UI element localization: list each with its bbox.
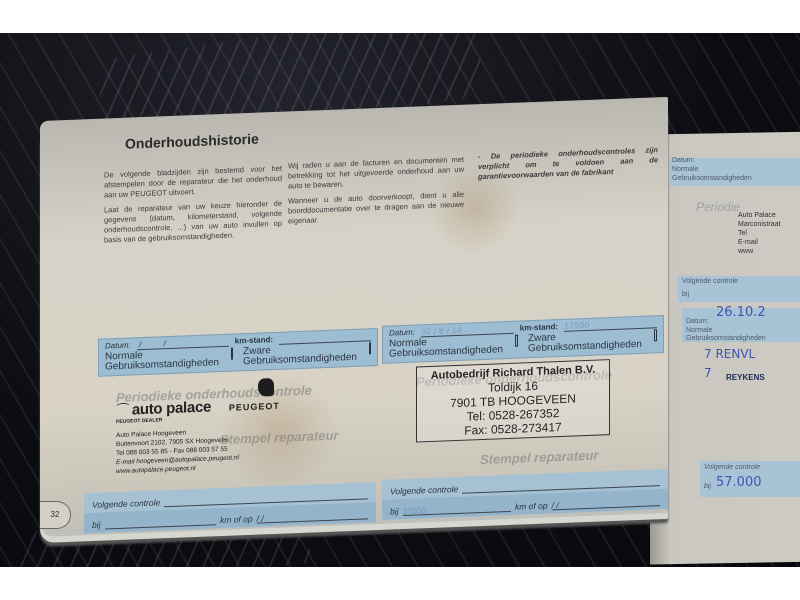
right-normal-label-2: Gebruiksomstandigheden — [686, 335, 766, 342]
heavy-use-checkbox[interactable] — [654, 329, 657, 341]
paragraph: Wanneer u de auto doorverkoopt, dient u … — [288, 190, 464, 227]
km-of-op-label: km of op — [515, 501, 548, 512]
right-bij-value: 57.000 — [716, 475, 762, 490]
next-check-2: Volgende controle bij 37500 km of op / / — [382, 469, 668, 516]
normal-use-label: Normale Gebruiksomstandigheden — [389, 335, 503, 359]
heavy-use-checkbox[interactable] — [369, 342, 371, 354]
right-normal-label-2: Gebruiksomstandigheden — [672, 175, 752, 182]
normal-use-label: Normale Gebruiksomstandigheden — [105, 348, 219, 372]
dealer-stamp-auto-palace: ⌒ auto palace PEUGEOT PEUGEOT DEALER Aut… — [116, 396, 376, 476]
dealer-stamp-thalen: Autobedrijf Richard Thalen B.V. Toldijk … — [416, 359, 610, 442]
right-next-check-label: Volgende controle — [704, 464, 760, 471]
stamp-label: Stempel reparateur — [480, 448, 599, 468]
bij-label: bij — [92, 520, 101, 530]
handwriting: 7 — [704, 366, 712, 380]
right-datum-label: Datum: — [672, 157, 695, 164]
dealer-line: Auto Palace — [738, 211, 780, 220]
paragraph: De volgende bladzijden zijn bestemd voor… — [104, 164, 282, 201]
right-normal-label: Normale — [686, 327, 712, 334]
right-next-check-label: Volgende controle — [682, 278, 738, 285]
page-number: 32 — [40, 501, 71, 529]
dealer-line: E-mail — [738, 238, 780, 247]
service-form-1: Datum: / / km-stand: Normale Gebruiksoms… — [98, 328, 378, 377]
handwriting: 7 RENVL — [704, 347, 755, 361]
right-overlay: Periodie — [696, 200, 740, 214]
right-bij-label: bij — [682, 291, 689, 298]
bij-label: bij — [390, 506, 399, 516]
intro-column-3: - De periodieke onderhoudscontroles zijn… — [478, 145, 658, 182]
paragraph: Laat de reparateur van uw keuze hieronde… — [104, 199, 282, 246]
right-normal-label: Normale — [672, 166, 698, 173]
service-form-2: Datum: 30 / 8 / 14 km-stand: 17500 Norma… — [382, 315, 664, 364]
heavy-use-label: Zware Gebruiksomstandigheden — [528, 330, 642, 354]
peugeot-lion-icon — [258, 378, 274, 397]
intro-column-2: Wij raden u aan de facturen en documente… — [288, 155, 464, 232]
left-page: Onderhoudshistorie De volgende bladzijde… — [40, 97, 668, 531]
bij-field[interactable] — [105, 515, 216, 529]
right-dealer: Auto Palace Marconistraat Tel E-mail www — [738, 211, 780, 256]
next-check-label: Volgende controle — [92, 497, 160, 510]
dealer-line: Tel — [738, 229, 780, 238]
dealer-brand: auto palace — [132, 398, 211, 418]
heavy-use-label: Zware Gebruiksomstandigheden — [243, 343, 357, 367]
right-datum-value: 26.10.2 — [716, 305, 766, 320]
dealer-make: PEUGEOT — [229, 401, 280, 413]
dealer-line: www — [738, 247, 780, 256]
right-stamp-brand: REYKENS — [726, 373, 765, 382]
intro-column-1: De volgende bladzijden zijn bestemd voor… — [104, 164, 282, 251]
bij-field[interactable]: 37500 — [403, 502, 511, 516]
km-of-op-label: km of op — [220, 514, 253, 525]
date-field[interactable]: / / — [552, 496, 660, 510]
page-title: Onderhoudshistorie — [125, 131, 259, 152]
dealer-line: Marconistraat — [738, 220, 780, 229]
photo: Onderhoudshistorie De volgende bladzijde… — [0, 33, 800, 567]
date-field[interactable]: / / — [257, 509, 368, 523]
normal-use-checkbox[interactable] — [515, 335, 518, 347]
right-datum-label: Datum: — [686, 318, 709, 325]
next-check-1: Volgende controle bij km of op / / — [84, 482, 376, 529]
paragraph: Wij raden u aan de facturen en documente… — [288, 155, 464, 192]
car-logo-icon: ⌒ — [116, 402, 130, 419]
next-check-label: Volgende controle — [390, 484, 458, 497]
right-bij-label: bij — [704, 483, 711, 490]
normal-use-checkbox[interactable] — [231, 348, 233, 360]
